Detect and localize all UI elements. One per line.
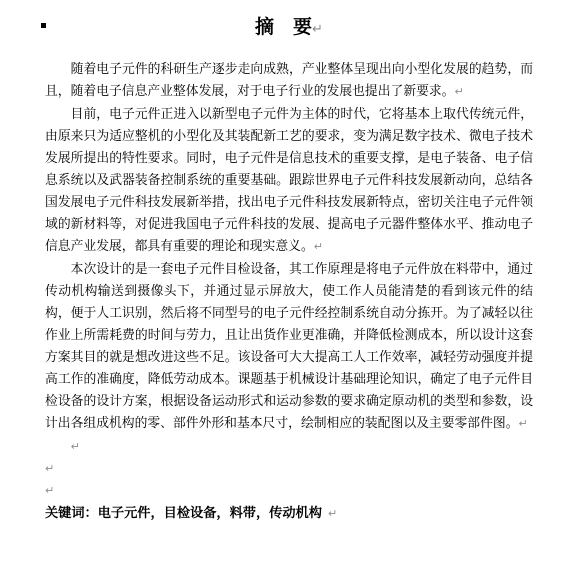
empty-paragraph: ↵: [45, 479, 533, 501]
abstract-paragraph: 本次设计的是一套电子元件目检设备，其工作原理是将电子元件放在料带中，通过传动机构…: [45, 258, 533, 435]
document-page: 摘 要↵ 随着电子元件的科研生产逐步走向成熟，产业整体呈现出向小型化发展的趋势，…: [0, 0, 578, 568]
pilcrow-mark-icon: ↵: [71, 440, 80, 453]
empty-paragraph: ↵: [45, 435, 533, 457]
paragraph-text: 本次设计的是一套电子元件目检设备，其工作原理是将电子元件放在料带中，通过传动机构…: [45, 262, 533, 430]
pilcrow-mark-icon: ↵: [45, 462, 54, 475]
pilcrow-mark-icon: ↵: [312, 22, 323, 37]
pilcrow-mark-icon: ↵: [314, 240, 323, 253]
pilcrow-mark-icon: ↵: [45, 484, 54, 497]
pilcrow-mark-icon: ↵: [518, 417, 527, 430]
paragraph-text: 目前，电子元件正进入以新型电子元件为主体的时代，它将基本上取代传统元件，由原来只…: [45, 107, 533, 253]
page-title: 摘 要↵: [45, 0, 533, 42]
abstract-paragraph: 随着电子元件的科研生产逐步走向成熟，产业整体呈现出向小型化发展的趋势，而且，随着…: [45, 58, 533, 103]
keywords-label: 关键词：: [45, 505, 98, 520]
pilcrow-mark-icon: ↵: [328, 507, 337, 520]
abstract-body: 随着电子元件的科研生产逐步走向成熟，产业整体呈现出向小型化发展的趋势，而且，随着…: [45, 58, 533, 435]
bullet-artifact: [41, 23, 46, 28]
pilcrow-mark-icon: ↵: [455, 85, 464, 98]
keywords-value: 电子元件，目检设备，料带，传动机构: [98, 505, 322, 520]
empty-paragraph: ↵: [45, 457, 533, 479]
abstract-paragraph: 目前，电子元件正进入以新型电子元件为主体的时代，它将基本上取代传统元件，由原来只…: [45, 103, 533, 258]
page-title-text: 摘 要: [255, 17, 312, 38]
keywords-line: 关键词：电子元件，目检设备，料带，传动机构↵: [45, 501, 533, 526]
